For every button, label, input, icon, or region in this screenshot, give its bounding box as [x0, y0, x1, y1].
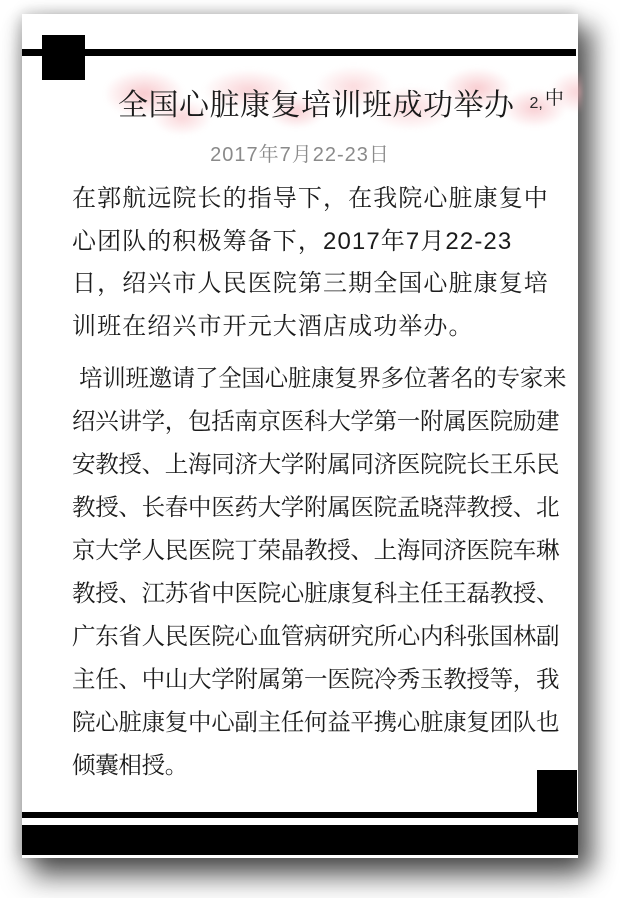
body-text-line: 安教授、上海同济大学附属同济医院院长王乐民 — [72, 443, 558, 486]
body-text-line: 主任、中山大学附属第一医院冷秀玉教授等，我 — [72, 658, 558, 701]
body-text-line: 倾囊相授。 — [72, 744, 558, 787]
body-text-line: 在郭航远院长的指导下，在我院心脏康复中 — [72, 178, 558, 221]
event-date: 2017年7月22-23日 — [22, 138, 578, 167]
body-text-line: 院心脏康复中心副主任何益平携心脏康复团队也 — [72, 701, 558, 744]
title-note-number: 2, — [530, 95, 543, 112]
body-text-line: 培训班邀请了全国心脏康复界多位著名的专家来 — [72, 357, 558, 400]
body-text-line: 教授、江苏省中医院心脏康复科主任王磊教授、 — [72, 572, 558, 615]
body-text-line: 广东省人民医院心血管病研究所心内科张国林副 — [72, 615, 558, 658]
scan-artifact-square-top-left — [42, 35, 85, 80]
body-text-line: 京大学人民医院丁荣晶教授、上海同济医院车琳 — [72, 529, 558, 572]
title-note-character: 中 — [545, 88, 564, 109]
bottom-divider-thick — [22, 825, 578, 855]
page-title-row: 全国心脏康复培训班成功举办2,中 — [22, 86, 578, 131]
scan-artifact-square-bottom-right — [537, 770, 577, 817]
body-text-line: 训班在绍兴市开元大酒店成功举办。 — [72, 306, 558, 349]
page-title: 全国心脏康复培训班成功举办 — [118, 89, 515, 122]
paragraph-2: 培训班邀请了全国心脏康复界多位著名的专家来绍兴讲学，包括南京医科大学第一附属医院… — [72, 357, 558, 787]
body-text-line: 心团队的积极筹备下，2017年7月22-23 — [72, 221, 558, 264]
paragraph-1: 在郭航远院长的指导下，在我院心脏康复中心团队的积极筹备下，2017年7月22-2… — [72, 178, 558, 348]
document-photo: 全国心脏康复培训班成功举办2,中 2017年7月22-23日 在郭航远院长的指导… — [0, 0, 620, 898]
body-text-line: 教授、长春中医药大学附属医院孟晓萍教授、北 — [72, 486, 558, 529]
bottom-divider-thin — [22, 812, 578, 818]
body-text-line: 日，绍兴市人民医院第三期全国心脏康复培 — [72, 263, 558, 306]
scanned-page: 全国心脏康复培训班成功举办2,中 2017年7月22-23日 在郭航远院长的指导… — [22, 14, 578, 858]
body-text-line: 绍兴讲学，包括南京医科大学第一附属医院励建 — [72, 400, 558, 443]
top-divider-bar — [22, 49, 576, 56]
article-body: 在郭航远院长的指导下，在我院心脏康复中心团队的积极筹备下，2017年7月22-2… — [72, 178, 558, 787]
